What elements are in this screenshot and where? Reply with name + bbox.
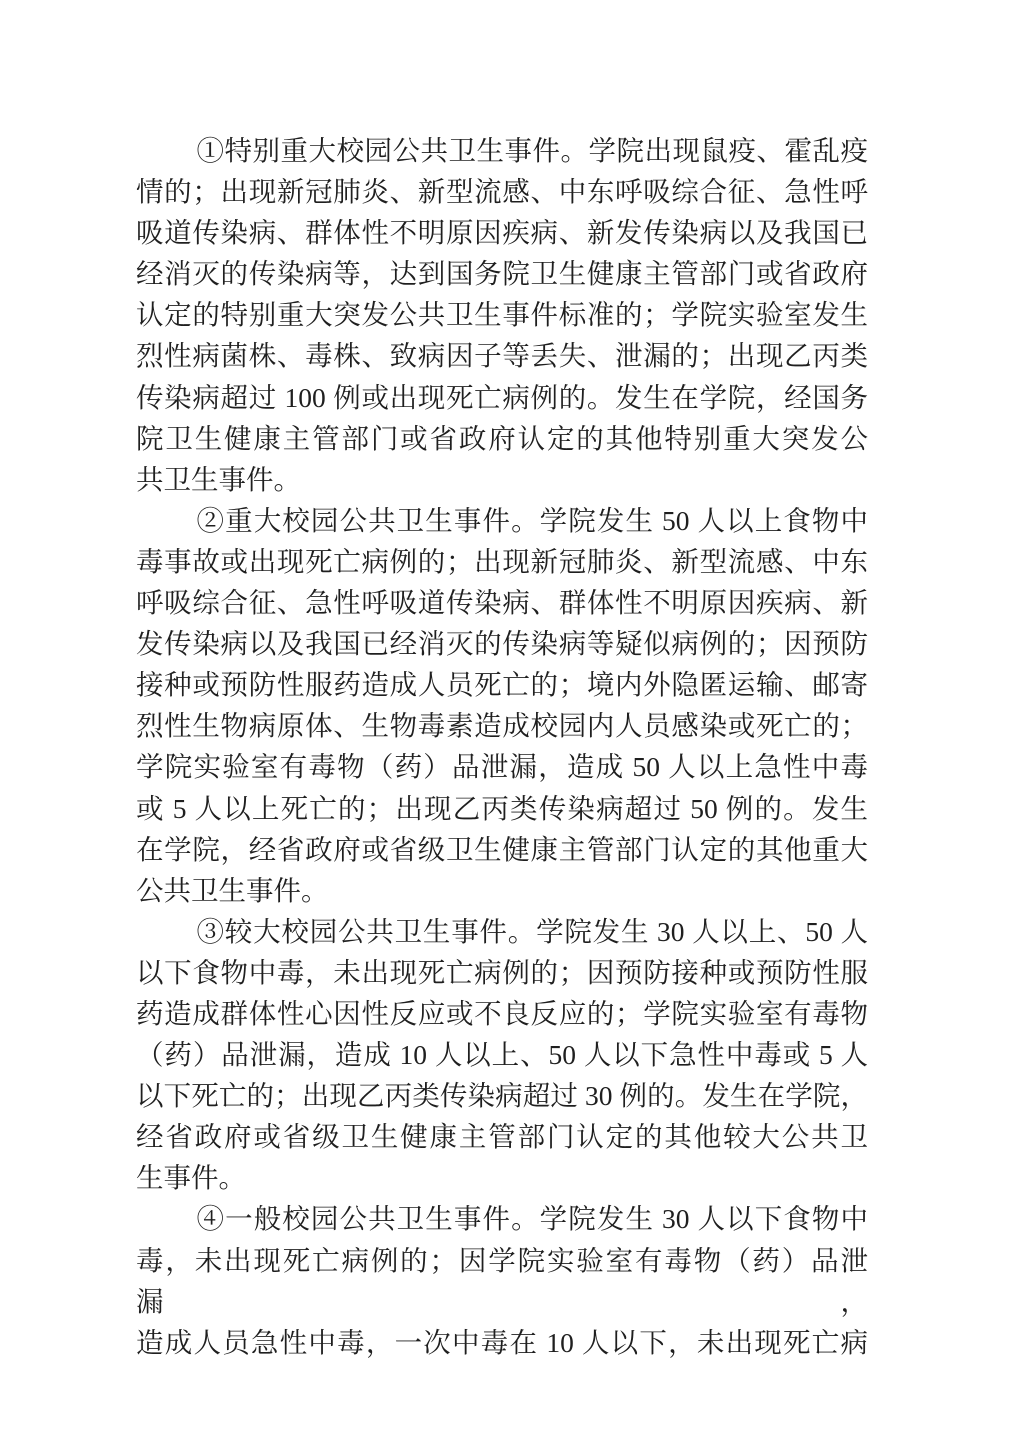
text-line: 经省政府或省级卫生健康主管部门认定的其他较大公共卫 xyxy=(136,1116,868,1157)
document-body: ①特别重大校园公共卫生事件。学院出现鼠疫、霍乱疫 情的；出现新冠肺炎、新型流感、… xyxy=(136,130,868,1363)
text-line: 毒事故或出现死亡病例的；出现新冠肺炎、新型流感、中东 xyxy=(136,541,868,582)
text-line: 学院实验室有毒物（药）品泄漏，造成 50 人以上急性中毒 xyxy=(136,746,868,787)
text-line: （药）品泄漏，造成 10 人以上、50 人以下急性中毒或 5 人 xyxy=(136,1034,868,1075)
text-line: 毒，未出现死亡病例的；因学院实验室有毒物（药）品泄漏， xyxy=(136,1240,868,1322)
text-line: 以下死亡的；出现乙丙类传染病超过 30 例的。发生在学院， xyxy=(136,1075,868,1116)
text-line: 情的；出现新冠肺炎、新型流感、中东呼吸综合征、急性呼 xyxy=(136,171,868,212)
text-line: 或 5 人以上死亡的；出现乙丙类传染病超过 50 例的。发生 xyxy=(136,788,868,829)
text-line: 共卫生事件。 xyxy=(136,459,868,500)
paragraph-3: ③较大校园公共卫生事件。学院发生 30 人以上、50 人 以下食物中毒，未出现死… xyxy=(136,911,868,1199)
text-line: 烈性病菌株、毒株、致病因子等丢失、泄漏的；出现乙丙类 xyxy=(136,335,868,376)
text-line: ④一般校园公共卫生事件。学院发生 30 人以下食物中 xyxy=(136,1198,868,1239)
text-line: 以下食物中毒，未出现死亡病例的；因预防接种或预防性服 xyxy=(136,952,868,993)
document-page: ①特别重大校园公共卫生事件。学院出现鼠疫、霍乱疫 情的；出现新冠肺炎、新型流感、… xyxy=(0,0,1024,1448)
text-line: 院卫生健康主管部门或省政府认定的其他特别重大突发公 xyxy=(136,418,868,459)
text-line: ①特别重大校园公共卫生事件。学院出现鼠疫、霍乱疫 xyxy=(136,130,868,171)
paragraph-2: ②重大校园公共卫生事件。学院发生 50 人以上食物中 毒事故或出现死亡病例的；出… xyxy=(136,500,868,911)
text-line: 经消灭的传染病等，达到国务院卫生健康主管部门或省政府 xyxy=(136,253,868,294)
text-line: 传染病超过 100 例或出现死亡病例的。发生在学院，经国务 xyxy=(136,377,868,418)
text-line: 药造成群体性心因性反应或不良反应的；学院实验室有毒物 xyxy=(136,993,868,1034)
text-line: 呼吸综合征、急性呼吸道传染病、群体性不明原因疾病、新 xyxy=(136,582,868,623)
text-line: 吸道传染病、群体性不明原因疾病、新发传染病以及我国已 xyxy=(136,212,868,253)
text-line: 接种或预防性服药造成人员死亡的；境内外隐匿运输、邮寄 xyxy=(136,664,868,705)
text-line: ③较大校园公共卫生事件。学院发生 30 人以上、50 人 xyxy=(136,911,868,952)
text-line: 发传染病以及我国已经消灭的传染病等疑似病例的；因预防 xyxy=(136,623,868,664)
text-line: 认定的特别重大突发公共卫生事件标准的；学院实验室发生 xyxy=(136,294,868,335)
text-line: 生事件。 xyxy=(136,1157,868,1198)
text-line: 在学院，经省政府或省级卫生健康主管部门认定的其他重大 xyxy=(136,829,868,870)
text-line: 公共卫生事件。 xyxy=(136,870,868,911)
paragraph-1: ①特别重大校园公共卫生事件。学院出现鼠疫、霍乱疫 情的；出现新冠肺炎、新型流感、… xyxy=(136,130,868,500)
paragraph-4: ④一般校园公共卫生事件。学院发生 30 人以下食物中 毒，未出现死亡病例的；因学… xyxy=(136,1198,868,1362)
text-line: ②重大校园公共卫生事件。学院发生 50 人以上食物中 xyxy=(136,500,868,541)
text-line: 造成人员急性中毒，一次中毒在 10 人以下，未出现死亡病 xyxy=(136,1322,868,1363)
text-line: 烈性生物病原体、生物毒素造成校园内人员感染或死亡的； xyxy=(136,705,868,746)
